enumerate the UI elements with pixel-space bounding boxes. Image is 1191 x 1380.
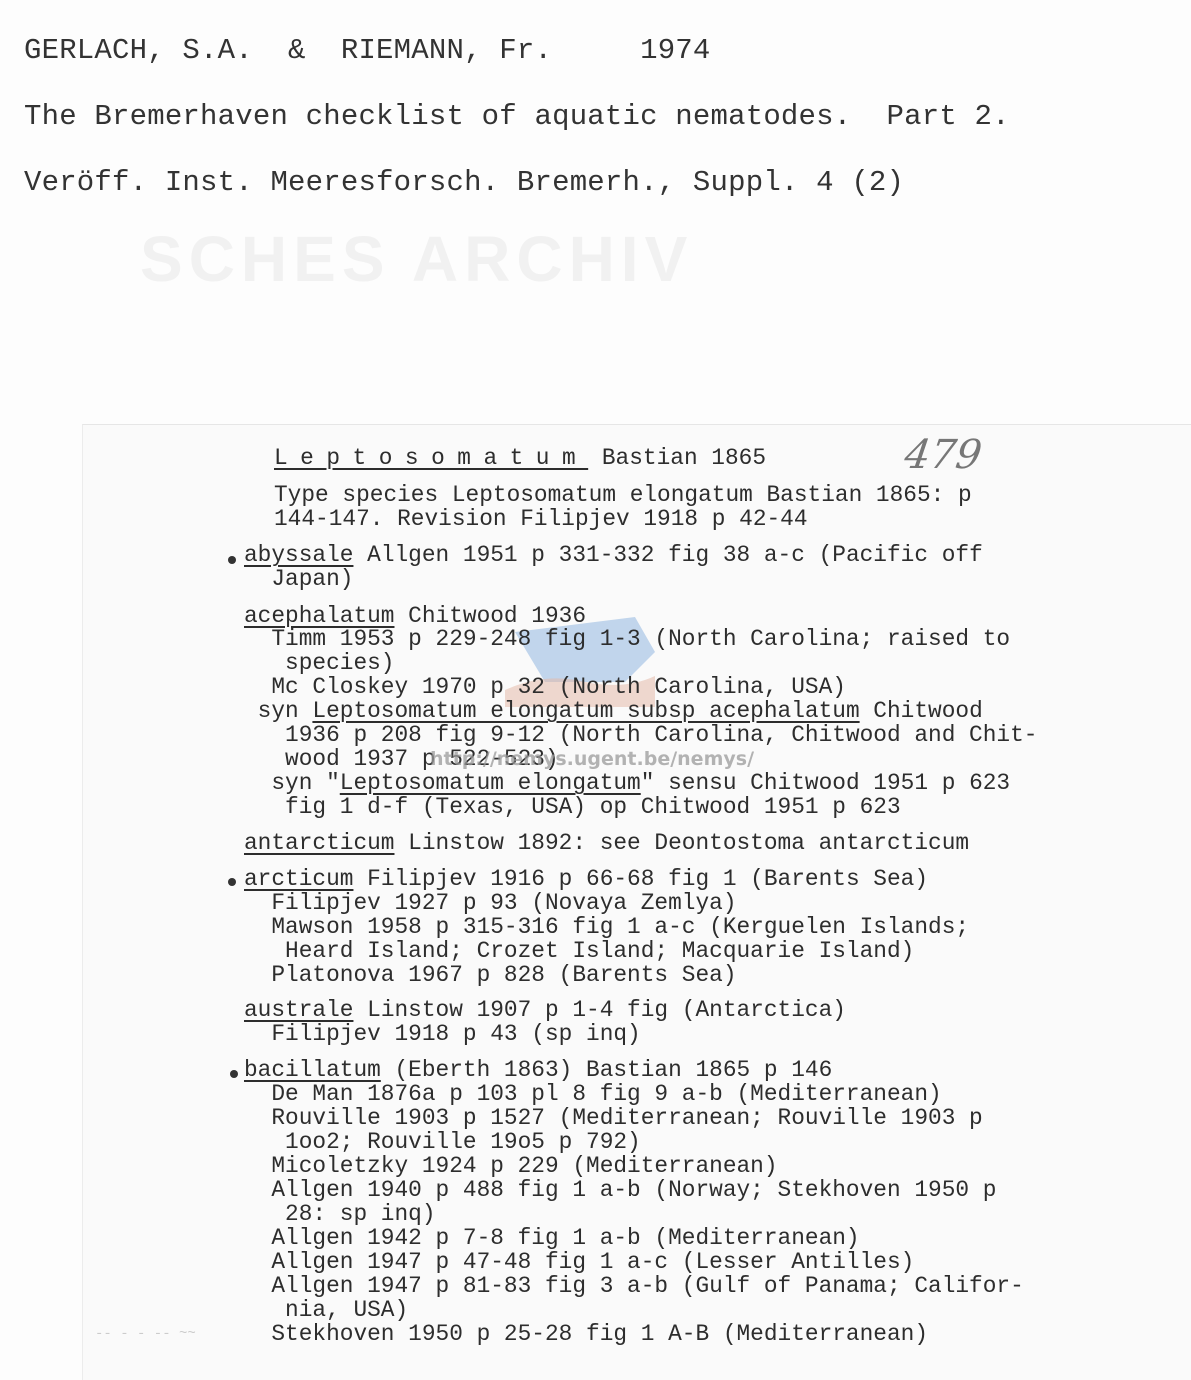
species-citation: Stekhoven 1950 p 25-28 fig 1 A-B (Medite… (244, 1322, 928, 1346)
synonym-name: Leptosomatum elongatum subsp acephalatum (312, 698, 859, 724)
bullet-marker-icon (228, 878, 236, 886)
species-citation: 1oo2; Rouville 19o5 p 792) (244, 1130, 641, 1154)
species-citation: Filipjev 1918 p 43 (sp inq) (244, 1022, 641, 1046)
species-citation: Linstow 1907 p 1-4 fig (Antarctica) (353, 997, 846, 1023)
species-citation: Timm 1953 p 229-248 fig 1-3 (North Carol… (244, 627, 1010, 651)
genus-heading: Leptosomatum Bastian 1865 (274, 446, 766, 470)
species-entry-arcticum: arcticum Filipjev 1916 p 66-68 fig 1 (Ba… (244, 867, 928, 891)
species-citation: Mawson 1958 p 315-316 fig 1 a-c (Kerguel… (244, 915, 969, 939)
species-name: australe (244, 997, 353, 1023)
syn-label: syn (244, 698, 312, 724)
species-citation: Mc Closkey 1970 p 32 (North Carolina, US… (244, 675, 846, 699)
species-citation: 28: sp inq) (244, 1202, 436, 1226)
species-entry-antarcticum: antarcticum Linstow 1892: see Deontostom… (244, 831, 969, 855)
species-citation: species) (244, 651, 394, 675)
synonym-line: syn Leptosomatum elongatum subsp acephal… (244, 699, 983, 723)
synonym-citation: wood 1937 p 522-523) (244, 747, 559, 771)
species-citation: Heard Island; Crozet Island; Macquarie I… (244, 939, 914, 963)
species-name: arcticum (244, 866, 353, 892)
species-entry-abyssale: abyssale Allgen 1951 p 331-332 fig 38 a-… (244, 543, 983, 567)
citation-journal: Veröff. Inst. Meeresforsch. Bremerh., Su… (24, 166, 904, 199)
type-species-line: 144-147. Revision Filipjev 1918 p 42-44 (274, 507, 808, 531)
species-citation: (Eberth 1863) Bastian 1865 p 146 (381, 1057, 832, 1083)
species-citation: Micoletzky 1924 p 229 (Mediterranean) (244, 1154, 778, 1178)
synonym-name: Leptosomatum elongatum (340, 770, 641, 796)
citation-authors: GERLACH, S.A. & RIEMANN, Fr. 1974 (24, 34, 711, 67)
bullet-marker-icon (230, 1070, 238, 1078)
species-citation: Filipjev 1927 p 93 (Novaya Zemlya) (244, 891, 737, 915)
scan-smudge: -- - - -- ~~ (95, 1326, 196, 1342)
synonym-line: syn "Leptosomatum elongatum" sensu Chitw… (244, 771, 1010, 795)
species-citation: Allgen 1947 p 81-83 fig 3 a-b (Gulf of P… (244, 1274, 1024, 1298)
species-citation: Allgen 1940 p 488 fig 1 a-b (Norway; Ste… (244, 1178, 996, 1202)
syn-label: syn " (244, 770, 340, 796)
species-citation: Japan) (244, 567, 353, 591)
species-citation: Platonova 1967 p 828 (Barents Sea) (244, 963, 737, 987)
species-name: bacillatum (244, 1057, 381, 1083)
genus-name: Leptosomatum (274, 445, 588, 471)
synonym-author: " sensu Chitwood 1951 p 623 (641, 770, 1010, 796)
citation-title: The Bremerhaven checklist of aquatic nem… (24, 100, 1010, 133)
species-citation: Rouville 1903 p 1527 (Mediterranean; Rou… (244, 1106, 983, 1130)
synonym-citation: fig 1 d-f (Texas, USA) op Chitwood 1951 … (244, 795, 901, 819)
species-citation: Allgen 1947 p 47-48 fig 1 a-c (Lesser An… (244, 1250, 914, 1274)
bleed-through-text: SCHES ARCHIV (140, 222, 1080, 282)
species-entry-acephalatum: acephalatum Chitwood 1936 (244, 604, 586, 628)
bullet-marker-icon (228, 556, 236, 564)
species-citation: Filipjev 1916 p 66-68 fig 1 (Barents Sea… (353, 866, 928, 892)
species-citation: De Man 1876a p 103 pl 8 fig 9 a-b (Medit… (244, 1082, 942, 1106)
type-species-line: Type species Leptosomatum elongatum Bast… (274, 483, 972, 507)
synonym-author: Chitwood (860, 698, 983, 724)
species-name: abyssale (244, 542, 353, 568)
species-citation: nia, USA) (244, 1298, 408, 1322)
species-name: antarcticum (244, 830, 394, 856)
species-citation: Allgen 1942 p 7-8 fig 1 a-b (Mediterrane… (244, 1226, 860, 1250)
species-citation: Linstow 1892: see Deontostoma antarcticu… (394, 830, 969, 856)
genus-author: Bastian 1865 (602, 445, 766, 471)
species-entry-australe: australe Linstow 1907 p 1-4 fig (Antarct… (244, 998, 846, 1022)
synonym-citation: 1936 p 208 fig 9-12 (North Carolina, Chi… (244, 723, 1037, 747)
handwritten-page-number: 479 (902, 432, 985, 478)
species-entry-bacillatum: bacillatum (Eberth 1863) Bastian 1865 p … (244, 1058, 832, 1082)
species-citation: Allgen 1951 p 331-332 fig 38 a-c (Pacifi… (353, 542, 982, 568)
